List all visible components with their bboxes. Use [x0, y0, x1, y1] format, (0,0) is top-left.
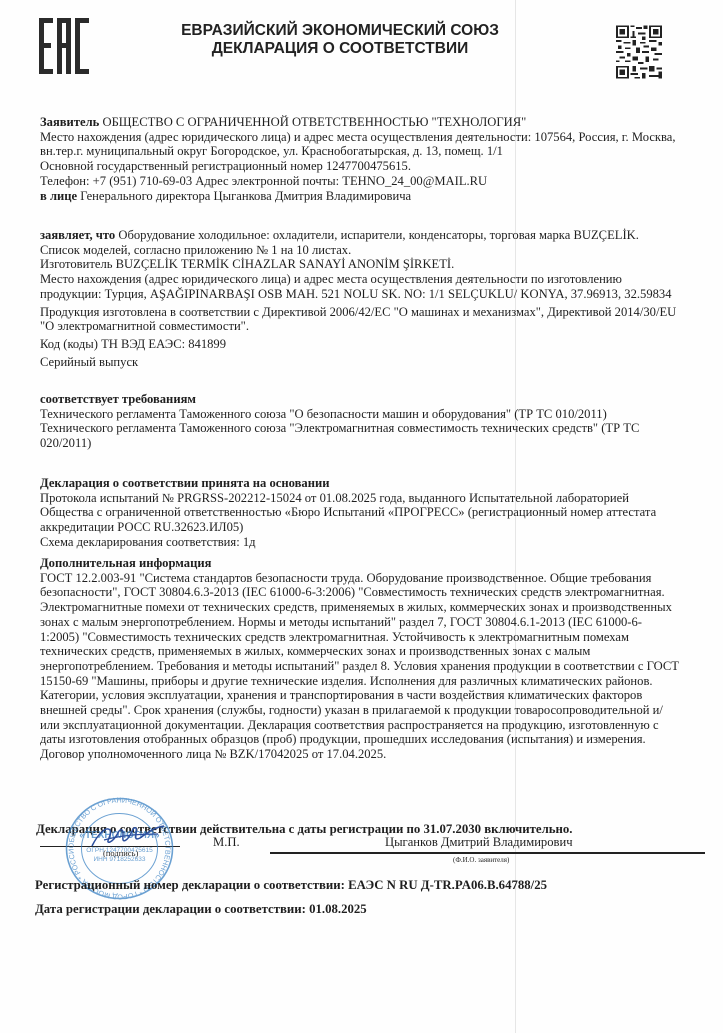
- production-type: Серийный выпуск: [40, 355, 680, 370]
- signature-line: [40, 846, 180, 847]
- eac-logo-icon: [39, 18, 89, 74]
- eac-letter-a: [57, 18, 71, 74]
- additional-info-section: Дополнительная информация ГОСТ 12.2.003-…: [40, 556, 680, 762]
- seal-label: М.П.: [213, 835, 240, 850]
- qr-code-icon[interactable]: [616, 24, 662, 80]
- applicant-name: ОБЩЕСТВО С ОГРАНИЧЕННОЙ ОТВЕТСТВЕННОСТЬЮ…: [99, 115, 526, 129]
- additional-info-text: ГОСТ 12.2.003-91 "Система стандартов без…: [40, 571, 680, 762]
- manufacturer: Изготовитель BUZÇELİK TERMİK CİHAZLAR SA…: [40, 257, 680, 272]
- represented-label: в лице: [40, 189, 77, 203]
- directives: Продукция изготовлена в соответствии с Д…: [40, 305, 680, 334]
- eac-letter-c: [75, 18, 89, 74]
- signature-caption: (подпись): [103, 848, 138, 858]
- declaration-scheme: Схема декларирования соответствия: 1д: [40, 535, 680, 550]
- declares-label: заявляет, что: [40, 228, 115, 242]
- requirement-item: Технического регламента Таможенного союз…: [40, 421, 680, 450]
- hs-code: Код (коды) ТН ВЭД ЕАЭС: 841899: [40, 337, 680, 352]
- name-line: [270, 852, 705, 854]
- applicant-section: Заявитель ОБЩЕСТВО С ОГРАНИЧЕННОЙ ОТВЕТС…: [40, 115, 680, 203]
- requirements-section: соответствует требованиям Технического р…: [40, 392, 680, 451]
- document-title: ДЕКЛАРАЦИЯ О СООТВЕТСТВИИ: [150, 40, 530, 58]
- signatory-name: Цыганков Дмитрий Владимирович: [385, 835, 573, 850]
- union-title: ЕВРАЗИЙСКИЙ ЭКОНОМИЧЕСКИЙ СОЮЗ: [150, 22, 530, 40]
- basis-label: Декларация о соответствии принята на осн…: [40, 476, 680, 491]
- basis-section: Декларация о соответствии принята на осн…: [40, 476, 680, 550]
- registration-date: Дата регистрации декларации о соответств…: [35, 902, 367, 917]
- requirement-item: Технического регламента Таможенного союз…: [40, 407, 680, 422]
- test-protocol: Протокола испытаний № PRGRSS-202212-1502…: [40, 491, 680, 535]
- name-caption: (Ф.И.О. заявителя): [453, 856, 509, 864]
- registration-number: Регистрационный номер декларации о соотв…: [35, 878, 547, 893]
- applicant-label: Заявитель: [40, 115, 99, 129]
- applicant-address: Место нахождения (адрес юридического лиц…: [40, 130, 680, 159]
- product-description: Оборудование холодильное: охладители, ис…: [40, 228, 639, 257]
- declaration-page: ЕВРАЗИЙСКИЙ ЭКОНОМИЧЕСКИЙ СОЮЗ ДЕКЛАРАЦИ…: [0, 0, 723, 1033]
- product-section: заявляет, что Оборудование холодильное: …: [40, 228, 680, 369]
- applicant-ogrn: Основной государственный регистрационный…: [40, 159, 680, 174]
- manufacturer-address: Место нахождения (адрес юридического лиц…: [40, 272, 680, 301]
- applicant-contacts: Телефон: +7 (951) 710-69-03 Адрес электр…: [40, 174, 680, 189]
- additional-info-label: Дополнительная информация: [40, 556, 680, 571]
- represented-by: Генерального директора Цыганкова Дмитрия…: [77, 189, 411, 203]
- eac-letter-e: [39, 18, 53, 74]
- requirements-label: соответствует требованиям: [40, 392, 680, 407]
- document-header: ЕВРАЗИЙСКИЙ ЭКОНОМИЧЕСКИЙ СОЮЗ ДЕКЛАРАЦИ…: [150, 22, 530, 58]
